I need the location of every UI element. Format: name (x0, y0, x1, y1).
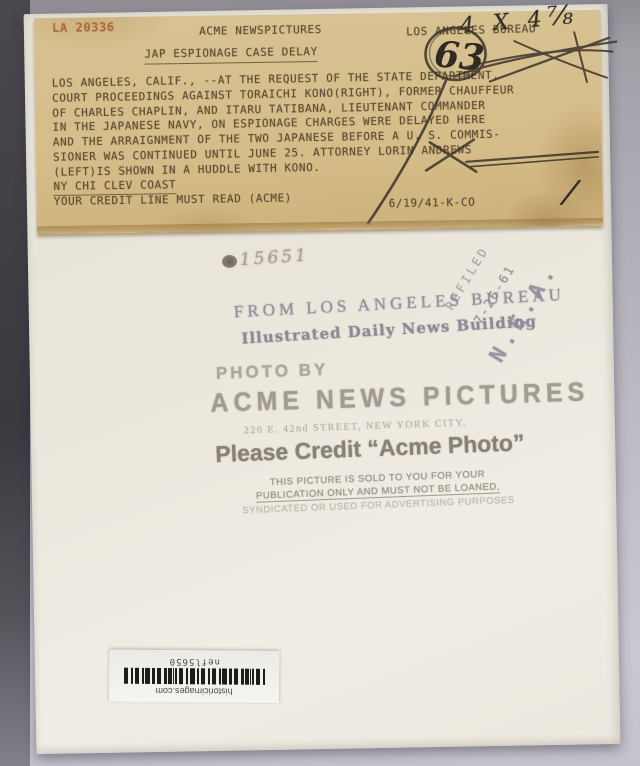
inventory-barcode-sticker: historicimages.com nefl5650 (109, 650, 279, 703)
barcode (123, 668, 265, 685)
pen-scribble-5 (574, 32, 587, 82)
photo-of-press-print-back: LA 20336 ACME NEWSPICTURES LOS ANGELES B… (0, 0, 640, 766)
pencil-number-value: 15651 (239, 245, 309, 270)
sticker-website: historicimages.com (155, 686, 232, 697)
press-photo-back: LA 20336 ACME NEWSPICTURES LOS ANGELES B… (24, 4, 621, 754)
ink-blot (222, 254, 238, 268)
pen-scribble-4 (514, 40, 607, 79)
credit-instruction: YOUR CREDIT LINE MUST READ (ACME) (54, 191, 293, 209)
handwritten-tick-mark: / (561, 172, 580, 213)
pencil-number: 15651 (239, 245, 309, 270)
caption-slip: LA 20336 ACME NEWSPICTURES LOS ANGELES B… (34, 10, 603, 234)
size-fraction: ⅞ (546, 0, 574, 32)
date-code: 6/19/41-K-CO (389, 196, 476, 212)
caption-slug: JAP ESPIONAGE CASE DELAY (144, 45, 318, 64)
handwritten-size-note: 4 X 4⅞ (459, 0, 574, 39)
caption-body: LOS ANGELES, CALIF., --AT THE REQUEST OF… (52, 68, 516, 180)
sticker-inventory-code: nefl5650 (169, 656, 220, 666)
photo-id: LA 20336 (52, 20, 115, 36)
pen-scribble-2 (462, 50, 612, 68)
photo-by-stamp: PHOTO BY (216, 360, 329, 384)
acme-terms-stamp: THIS PICTURE IS SOLD TO YOU FOR YOUR PUB… (227, 467, 528, 516)
agency-header: ACME NEWSPICTURES (199, 23, 322, 40)
